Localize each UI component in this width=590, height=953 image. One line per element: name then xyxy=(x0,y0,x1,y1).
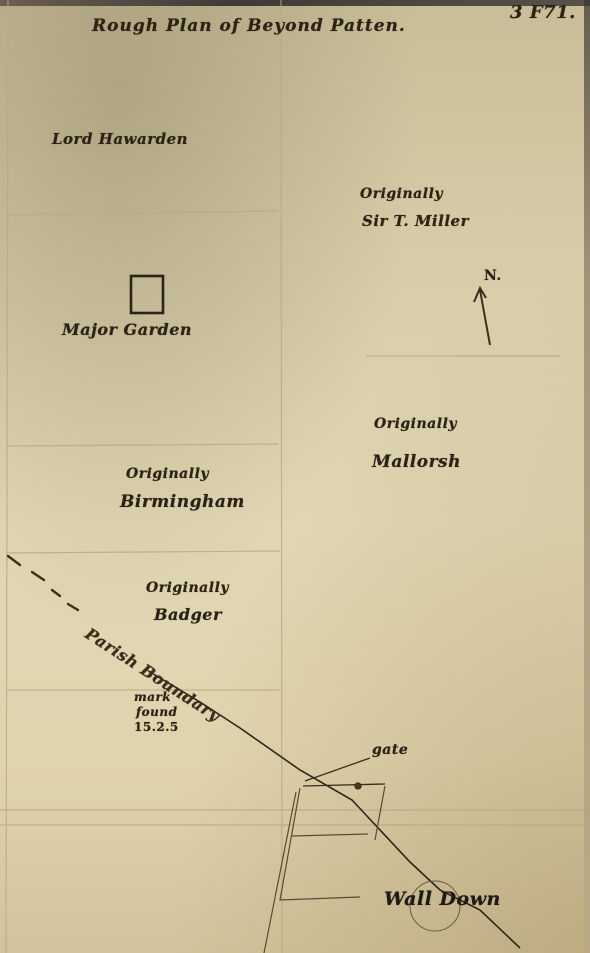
gate-pointer xyxy=(303,758,385,789)
plot-prefix-miller: Originally xyxy=(360,186,443,202)
plot-label-hawarden: Lord Hawarden xyxy=(52,130,188,148)
north-label: N. xyxy=(484,268,502,284)
plot-label-birmingham: Birmingham xyxy=(120,492,245,512)
plot-label-mallorsh: Mallorsh xyxy=(372,452,461,472)
north-arrow-icon xyxy=(474,288,490,345)
boundary-dashes xyxy=(8,556,78,610)
plot-prefix-mallorsh: Originally xyxy=(374,416,457,432)
plot-label-garden: Major Garden xyxy=(62,320,192,339)
document-title: Rough Plan of Beyond Patten. xyxy=(92,16,406,36)
document-reference: 3 F71. xyxy=(510,2,576,23)
gate-label: gate xyxy=(372,742,408,758)
mark-note-line1: mark xyxy=(134,690,171,704)
wall-down-label: Wall Down xyxy=(384,888,501,910)
mark-note-date: 15.2.5 xyxy=(134,720,179,734)
plot-prefix-birmingham: Originally xyxy=(126,466,209,482)
house-square xyxy=(131,276,163,313)
rough-plan-document: Rough Plan of Beyond Patten. 3 F71. Lord… xyxy=(0,0,590,953)
mark-note-line2: found xyxy=(136,705,178,719)
plot-label-miller: Sir T. Miller xyxy=(362,212,469,230)
plot-label-badger: Badger xyxy=(154,605,222,624)
plot-prefix-badger: Originally xyxy=(146,580,229,596)
